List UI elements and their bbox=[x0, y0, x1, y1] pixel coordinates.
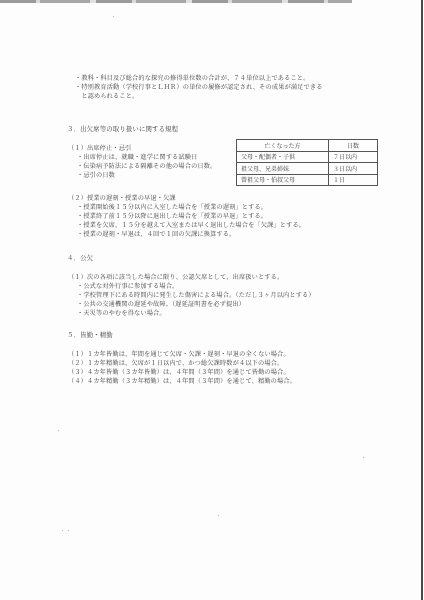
table-row: 祖父母、兄弟姉妹 ３日以内 bbox=[237, 163, 378, 175]
document-page: ・教科・科目及び総合的な探究の修得単位数の合計が、７４単位以上であること。 ・特… bbox=[0, 0, 424, 600]
scan-speck bbox=[68, 530, 69, 531]
subsection-title: （１）出席停止・忌引 bbox=[68, 145, 131, 153]
bereavement-leave-table: 亡くなった方 日数 父母・配偶者・子供 ７日以内 祖父母、兄弟姉妹 ３日以内 曾… bbox=[236, 139, 378, 186]
list-item: ・伝染病予防法による隔離その他の場合の日数。 bbox=[77, 163, 216, 171]
table-cell: 父母・配偶者・子供 bbox=[237, 151, 329, 163]
scan-speck bbox=[363, 457, 364, 458]
section-heading: ４．公欠 bbox=[67, 254, 93, 262]
requirement-item: と認められること。 bbox=[75, 93, 138, 101]
list-item: ・公共の交通機関の遅延や故障。（遅延証明書を必ず提出） bbox=[77, 301, 245, 309]
table-cell: ７日以内 bbox=[329, 151, 378, 163]
table-header-row: 亡くなった方 日数 bbox=[237, 140, 378, 152]
list-item: （１）１カ年皆勤は、年間を通じて欠席・欠課・遅刻・早退の全くない場合。 bbox=[68, 351, 290, 359]
list-item: ・授業を欠席、１５分を越えて入室または早く退出した場合を「欠課」とする。 bbox=[77, 222, 305, 230]
list-item: ・授業開始後１５分以内に入室した場合を「授業の遅刻」とする。 bbox=[77, 204, 267, 212]
requirement-item: ・特別教育活動（学校行事とＬＨＲ）の単位の履修が認定され、その成果が満足できる bbox=[75, 84, 323, 92]
list-item: ・忌引の日数 bbox=[77, 172, 115, 180]
list-item: ・授業終了前１５分以降に退出した場合を「授業の早退」とする。 bbox=[77, 213, 267, 221]
subsection-title: （１）次の各項に該当した場合に限り、公認欠席として、出席扱いとする。 bbox=[68, 274, 283, 282]
list-item: ・出席停止は、就職・進学に関する試験日 bbox=[77, 154, 197, 162]
section-heading: ３．出欠席等の取り扱いに関する規程 bbox=[67, 125, 178, 133]
table-header: 亡くなった方 bbox=[237, 140, 329, 152]
table-cell: 祖父母、兄弟姉妹 bbox=[237, 163, 329, 175]
list-item: （３）４カ年皆勤（３カ年皆勤）は、４年間（３年間）を通じて皆勤の場合。 bbox=[68, 369, 290, 377]
table-cell: ３日以内 bbox=[329, 163, 378, 175]
list-item: ・公式な対外行事に参加する場合。 bbox=[77, 283, 178, 291]
scan-speck bbox=[218, 515, 219, 516]
list-item: （２）１カ年精勤は、欠席が１日以内で、かつ総欠課時数が４以下の場合。 bbox=[68, 360, 283, 368]
scan-speck bbox=[62, 530, 63, 531]
list-item: ・天災等のやむを得ない場合。 bbox=[77, 310, 166, 318]
list-item: ・授業の遅刻・早退は、４回で１回の欠課に換算する。 bbox=[77, 231, 235, 239]
scan-speck bbox=[113, 16, 114, 17]
section-heading: ５．皆勤・精勤 bbox=[67, 331, 113, 339]
list-item: （４）４カ年精勤（３カ年精勤）は、４年間（３年間）を通じて、精勤の場合。 bbox=[68, 378, 296, 386]
scan-speck bbox=[58, 430, 59, 431]
table-cell: 曾祖父母・伯叔父母 bbox=[237, 174, 329, 186]
subsection-title: （２）授業の遅刻・授業の早退・欠課 bbox=[68, 195, 176, 203]
table-header: 日数 bbox=[329, 140, 378, 152]
table-row: 曾祖父母・伯叔父母 １日 bbox=[237, 174, 378, 186]
table-cell: １日 bbox=[329, 174, 378, 186]
list-item: ・学校管理下にある時間内に発生した傷害による場合。（ただし３ヶ月以内とする） bbox=[77, 292, 315, 300]
table-row: 父母・配偶者・子供 ７日以内 bbox=[237, 151, 378, 163]
requirement-item: ・教科・科目及び総合的な探究の修得単位数の合計が、７４単位以上であること。 bbox=[75, 75, 310, 83]
